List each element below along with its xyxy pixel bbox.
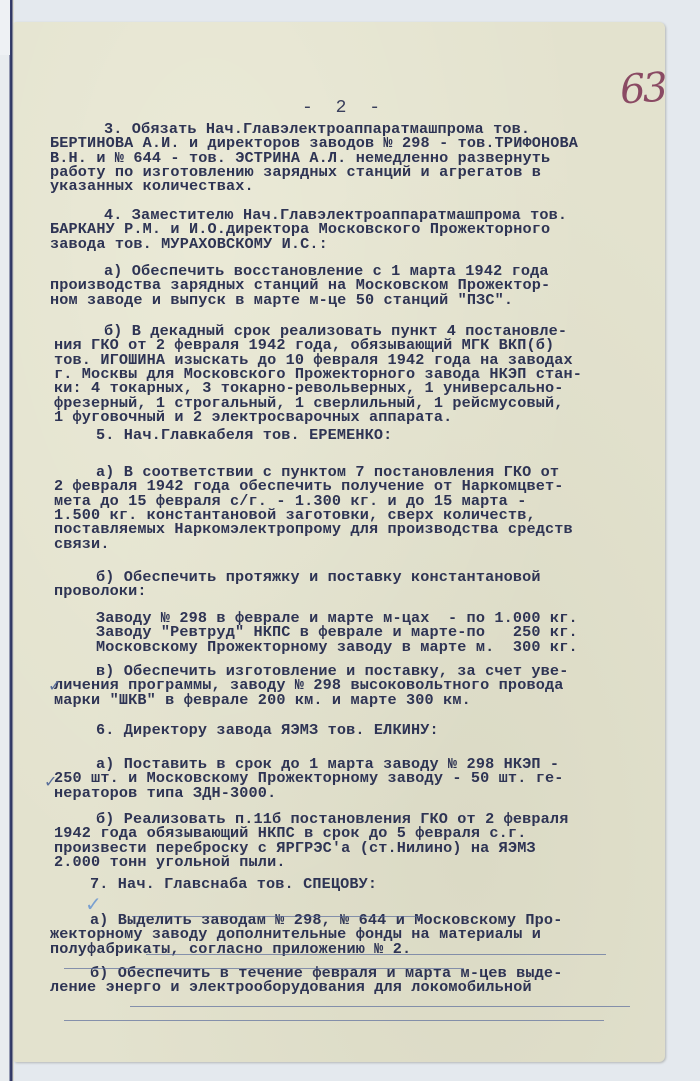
underline-item-7a-2 xyxy=(64,968,464,969)
underline-item-7a-1 xyxy=(146,954,606,955)
text-line: 5. Нач.Главкабеля тов. ЕРЕМЕНКО: xyxy=(96,428,392,443)
text-line: 7. Нач. Главснаба тов. СПЕЦОВУ: xyxy=(90,877,377,892)
underline-item-7b-2 xyxy=(64,1020,604,1021)
text-line: указанных количествах. xyxy=(50,179,254,194)
text-line: ление энерго и электрооборудования для л… xyxy=(50,980,532,995)
margin-checkmark-7: ✓ xyxy=(85,892,102,916)
text-line: нераторов типа ЗДН-3000. xyxy=(54,786,276,801)
text-line: связи. xyxy=(54,537,110,552)
text-line: Московскому Прожекторному заводу в марте… xyxy=(96,640,578,655)
binding-edge xyxy=(0,0,14,1081)
page-number: - 2 - xyxy=(302,98,386,118)
margin-checkmark-5v: ✓ xyxy=(48,676,61,695)
text-line: ном заводе и выпуск в марте м-це 50 стан… xyxy=(50,293,513,308)
text-line: б) Обеспечить протяжку и поставку конста… xyxy=(96,570,541,585)
binding-tab xyxy=(0,0,10,55)
text-line: поставляемых Наркомэлектропрому для прои… xyxy=(54,522,573,537)
margin-checkmark-6a: ✓ xyxy=(44,772,57,791)
text-line: проволоки: xyxy=(54,584,147,599)
text-line: 2.000 тонн угольной пыли. xyxy=(54,855,286,870)
underline-item-7b-1 xyxy=(130,1006,630,1007)
text-line: 1 фуговочный и 2 электросварочных аппара… xyxy=(54,410,452,425)
folio-number: 63 xyxy=(618,64,666,113)
text-line: марки "ШКВ" в феврале 200 км. и марте 30… xyxy=(54,693,471,708)
text-line: завода тов. МУРАХОВСКОМУ И.С.: xyxy=(50,237,328,252)
underline-item-7 xyxy=(132,916,422,917)
text-line: 6. Директору завода ЯЭМЗ тов. ЕЛКИНУ: xyxy=(96,723,439,738)
document-page: 63 - 2 - 3. Обязать Нач.Главэлектроаппар… xyxy=(14,22,665,1062)
